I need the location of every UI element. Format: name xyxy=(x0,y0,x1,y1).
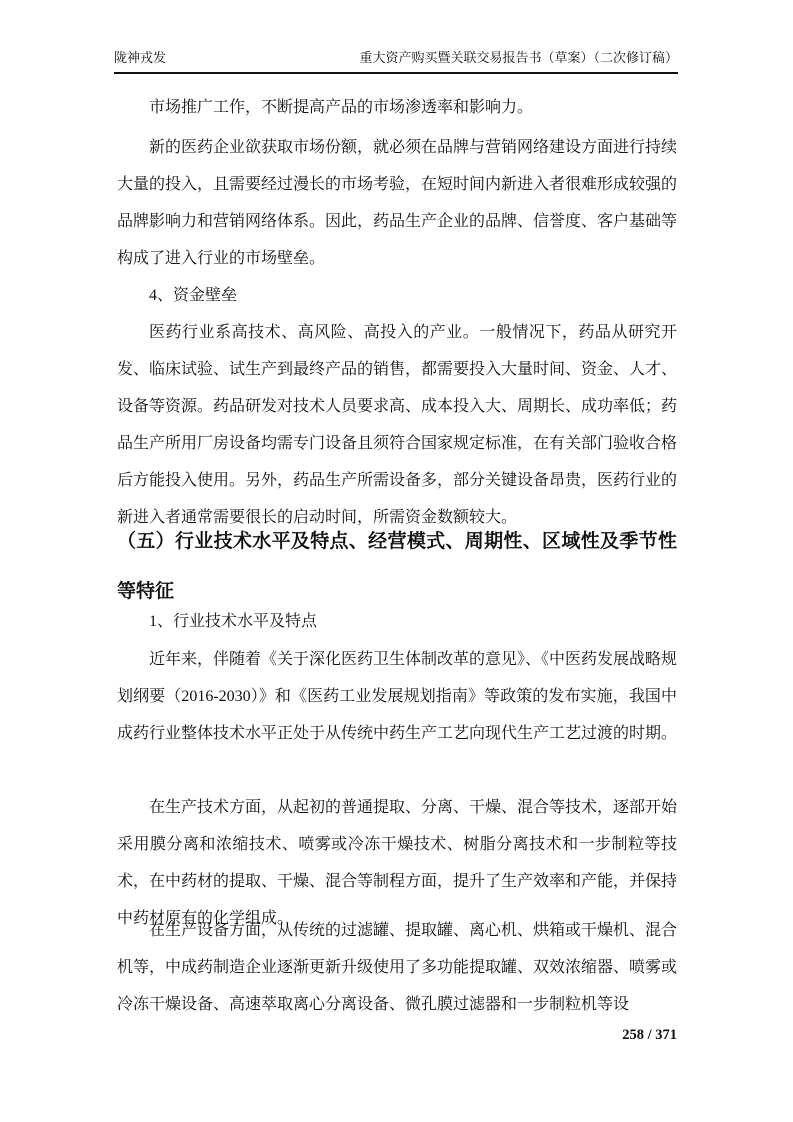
body-paragraph: 近年来，伴随着《关于深化医药卫生体制改革的意见》、《中医药发展战略规划纲要（20… xyxy=(117,641,677,752)
subheading-industry-tech-level: 1、行业技术水平及特点 xyxy=(117,603,677,640)
section-heading-industry-technology: （五）行业技术水平及特点、经营模式、周期性、区域性及季节性等特征 xyxy=(117,517,677,617)
body-paragraph: 市场推广工作，不断提高产品的市场渗透率和影响力。 xyxy=(117,89,677,126)
body-paragraph: 在生产设备方面，从传统的过滤罐、提取罐、离心机、烘箱或干燥机、混合机等，中成药制… xyxy=(117,912,677,1023)
body-paragraph: 医药行业系高技术、高风险、高投入的产业。一般情况下，药品从研究开发、临床试验、试… xyxy=(117,314,677,536)
page-header: 陇神戎发 重大资产购买暨关联交易报告书（草案）（二次修订稿） xyxy=(114,50,678,74)
body-paragraph: 新的医药企业欲获取市场份额，就必须在品牌与营销网络建设方面进行持续大量的投入，且… xyxy=(117,129,677,277)
header-report-title: 重大资产购买暨关联交易报告书（草案）（二次修订稿） xyxy=(359,50,678,66)
document-page: 陇神戎发 重大资产购买暨关联交易报告书（草案）（二次修订稿） 市场推广工作，不断… xyxy=(0,0,793,1122)
header-company-name: 陇神戎发 xyxy=(114,50,166,66)
subheading-capital-barrier: 4、资金壁垒 xyxy=(117,277,677,314)
page-number: 258 / 371 xyxy=(117,1026,677,1044)
